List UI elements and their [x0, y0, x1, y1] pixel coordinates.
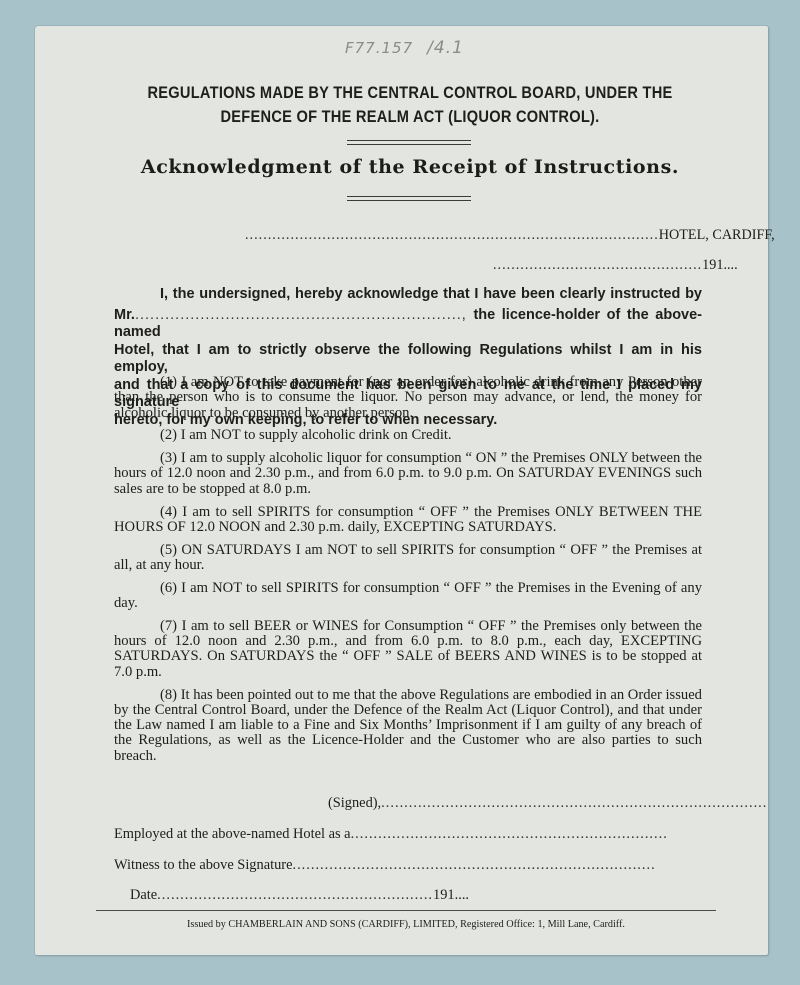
signed-label: (Signed),: [328, 795, 381, 811]
heading-line-2: DEFENCE OF THE REALM ACT (LIQUOR CONTROL…: [143, 105, 676, 129]
regulation-item: (7) I am to sell BEER or WINES for Consu…: [114, 619, 702, 680]
date-label: Date: [130, 887, 157, 903]
footer-divider: [96, 910, 716, 911]
heading-line-1: REGULATIONS MADE BY THE CENTRAL CONTROL …: [143, 81, 676, 105]
header-date-field[interactable]: ........................................…: [493, 257, 702, 273]
regulation-item: (3) I am to supply alcoholic liquor for …: [114, 451, 702, 497]
archive-part: /4.1: [427, 38, 464, 58]
witness-label: Witness to the above Signature: [114, 857, 292, 873]
intro-line-2: Mr......................................…: [114, 307, 702, 342]
employed-label: Employed at the above-named Hotel as a: [114, 826, 351, 842]
hotel-line: ........................................…: [245, 227, 775, 243]
witness-signature-field[interactable]: ........................................…: [292, 857, 655, 873]
position-field[interactable]: ........................................…: [351, 826, 668, 842]
double-rule-divider: [347, 140, 471, 145]
regulation-item: (5) ON SATURDAYS I am NOT to sell SPIRIT…: [114, 543, 702, 574]
regulation-item: (2) I am NOT to supply alcoholic drink o…: [114, 428, 702, 443]
archive-annotation: F77.157/4.1: [345, 38, 464, 58]
intro-line-1: I, the undersigned, hereby acknowledge t…: [114, 286, 702, 304]
regulation-item: (8) It has been pointed out to me that t…: [114, 688, 702, 764]
date-year: 191....: [433, 887, 469, 903]
regulation-item: (6) I am NOT to sell SPIRITS for consump…: [114, 581, 702, 612]
mr-label: Mr.: [114, 307, 135, 323]
date-line: Date....................................…: [130, 887, 469, 903]
hotel-name-field[interactable]: ........................................…: [245, 227, 659, 243]
licence-holder-name-field[interactable]: ........................................…: [135, 307, 467, 323]
regulations-list: (1) I am NOT to take payment for (nor an…: [114, 375, 702, 772]
hotel-label: HOTEL, CARDIFF,: [659, 227, 775, 243]
employed-line: Employed at the above-named Hotel as a..…: [114, 826, 668, 842]
signature-field[interactable]: ........................................…: [381, 795, 767, 811]
signed-line: (Signed),...............................…: [328, 795, 767, 811]
regulation-item: (4) I am to sell SPIRITS for consumption…: [114, 505, 702, 536]
witness-line: Witness to the above Signature..........…: [114, 857, 656, 873]
date-field[interactable]: ........................................…: [157, 887, 433, 903]
header-date-line: ........................................…: [493, 257, 738, 273]
header-date-year: 191....: [702, 257, 737, 273]
archive-ref: F77.157: [345, 39, 413, 57]
intro-line-3: Hotel, that I am to strictly observe the…: [114, 342, 702, 377]
document-heading: REGULATIONS MADE BY THE CENTRAL CONTROL …: [143, 81, 676, 129]
printer-imprint: Issued by CHAMBERLAIN AND SONS (CARDIFF)…: [96, 919, 716, 930]
double-rule-divider: [347, 196, 471, 201]
document-subtitle: Acknowledgment of the Receipt of Instruc…: [100, 156, 720, 178]
regulation-item: (1) I am NOT to take payment for (nor an…: [114, 375, 702, 421]
